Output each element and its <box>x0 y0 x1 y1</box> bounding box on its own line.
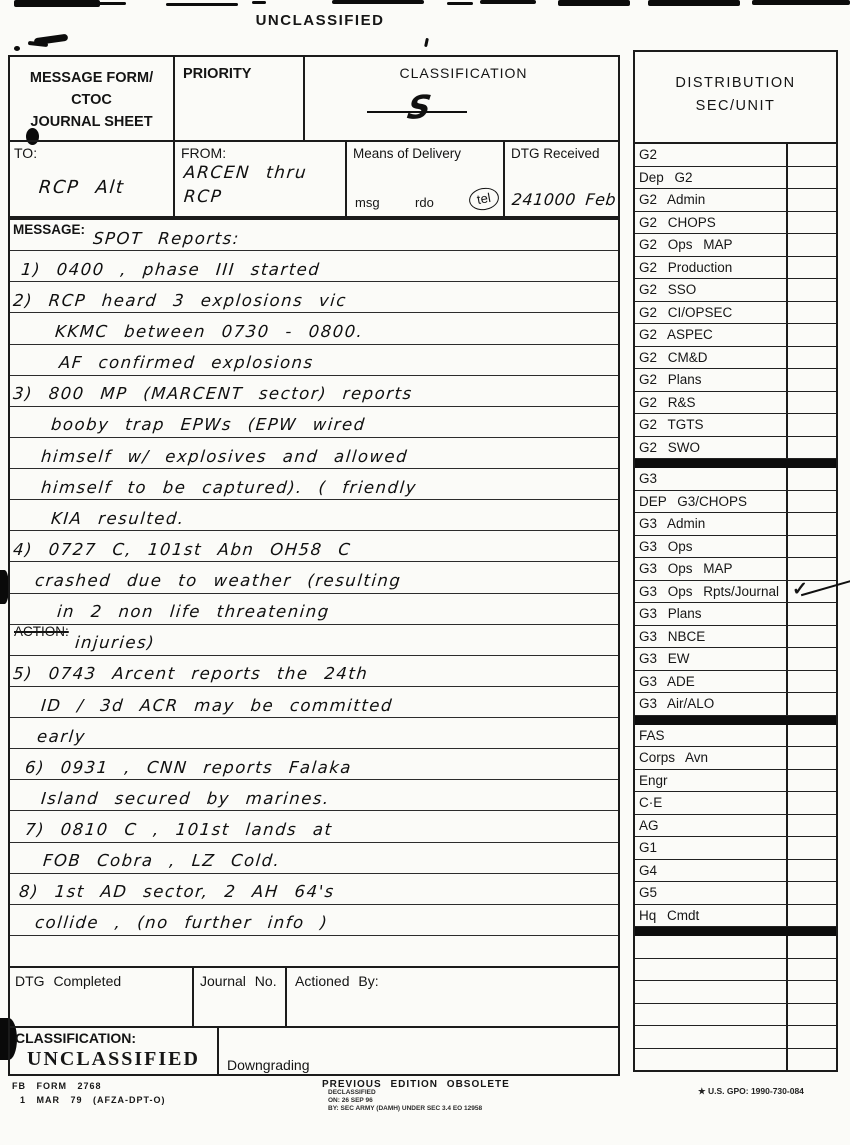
declassified-stamp-line2: ON: 26 SEP 96 <box>328 1097 510 1105</box>
distribution-row-checkbox <box>788 837 836 859</box>
message-line: injuries) <box>10 625 618 656</box>
previous-edition-block: PREVIOUS EDITION OBSOLETE DECLASSIFIED O… <box>322 1079 510 1113</box>
distribution-row: G3 Plans <box>635 603 836 626</box>
distribution-row-label: G3 NBCE <box>635 626 788 648</box>
distribution-row-label <box>635 959 788 981</box>
distribution-row-label: Hq Cmdt <box>635 905 788 927</box>
message-line: Island secured by marines. <box>10 780 618 811</box>
distribution-header-line2: SEC/UNIT <box>635 95 836 118</box>
distribution-row-checkbox <box>788 792 836 814</box>
distribution-row-label: G3 Ops Rpts/Journal <box>635 581 788 603</box>
message-line-text: 5) 0743 Arcent reports the 24th <box>10 666 369 686</box>
message-line: 2) RCP heard 3 explosions vic <box>10 282 618 313</box>
distribution-row: G3 Ops <box>635 536 836 559</box>
distribution-row-checkbox <box>788 437 836 459</box>
message-line <box>10 936 618 966</box>
distribution-row-checkbox <box>788 189 836 211</box>
distribution-row-label: C·E <box>635 792 788 814</box>
message-line-text: 6) 0931 , CNN reports Falaka <box>10 760 353 780</box>
message-line: FOB Cobra , LZ Cold. <box>10 843 618 874</box>
distribution-row-checkbox <box>788 1026 836 1048</box>
distribution-row-label: AG <box>635 815 788 837</box>
distribution-row: G3 <box>635 468 836 491</box>
from-label: FROM: <box>181 145 226 161</box>
form-title-line1: MESSAGE FORM/ <box>10 68 173 90</box>
distribution-row-checkbox <box>788 392 836 414</box>
classification-mark: S <box>405 87 435 127</box>
distribution-row: G2 Ops MAP <box>635 234 836 257</box>
distribution-row-label: G2 SWO <box>635 437 788 459</box>
message-line: himself to be captured). ( friendly <box>10 469 618 500</box>
message-line: KKMC between 0730 - 0800. <box>10 313 618 344</box>
to-label: TO: <box>14 145 37 161</box>
distribution-row-label <box>635 936 788 958</box>
message-line-text: in 2 non life threatening <box>10 604 330 624</box>
message-line: KIA resulted. <box>10 500 618 531</box>
scan-artifact <box>252 1 266 4</box>
distribution-row-checkbox <box>788 1004 836 1026</box>
classification-footer-label: CLASSIFICATION: <box>15 1030 217 1046</box>
distribution-row-label: DEP G3/CHOPS <box>635 491 788 513</box>
distribution-row: G2 Plans <box>635 369 836 392</box>
to-from-row: TO: RCP Alt FROM: ARCEN thru RCP Means o… <box>8 140 620 218</box>
ink-dot <box>424 38 429 47</box>
distribution-row: G2 SSO <box>635 279 836 302</box>
scan-artifact <box>447 2 473 5</box>
distribution-row-label: G2 CI/OPSEC <box>635 302 788 324</box>
message-line: 8) 1st AD sector, 2 AH 64's <box>10 874 618 905</box>
message-line: 5) 0743 Arcent reports the 24th <box>10 656 618 687</box>
action-label-struck: ACTION: <box>14 624 69 639</box>
message-line: 7) 0810 C , 101st lands at <box>10 811 618 842</box>
distribution-table: DISTRIBUTION SEC/UNIT G2 Dep G2 G2 Admin… <box>633 50 838 1072</box>
distribution-row-label: FAS <box>635 725 788 747</box>
message-line-text: Island secured by marines. <box>10 791 330 811</box>
distribution-row-label: G5 <box>635 882 788 904</box>
downgrading-cell: Downgrading <box>217 1028 622 1074</box>
message-line-text: booby trap EPWs (EPW wired <box>10 417 366 437</box>
distribution-row: AG <box>635 815 836 838</box>
from-cell: FROM: ARCEN thru RCP <box>173 142 345 216</box>
message-line: booby trap EPWs (EPW wired <box>10 407 618 438</box>
form-title-line3: JOURNAL SHEET <box>10 112 173 134</box>
distribution-row: G2 Production <box>635 257 836 280</box>
distribution-row: G3 ADE <box>635 671 836 694</box>
message-line-text: himself w/ explosives and allowed <box>10 449 409 469</box>
distribution-row-label: G2 Plans <box>635 369 788 391</box>
distribution-row-checkbox <box>788 626 836 648</box>
message-line-text: collide , (no further info ) <box>10 915 329 935</box>
dtg-completed-cell: DTG Completed <box>10 968 192 1026</box>
gpo-note: ★ U.S. GPO: 1990-730-084 <box>698 1086 804 1097</box>
message-line-text: 8) 1st AD sector, 2 AH 64's <box>10 884 335 904</box>
form-title-cell: MESSAGE FORM/ CTOC JOURNAL SHEET <box>10 57 173 140</box>
classification-cell: CLASSIFICATION S <box>303 57 622 140</box>
distribution-row-checkbox <box>788 234 836 256</box>
to-value: RCP Alt <box>38 177 175 198</box>
scan-artifact <box>96 2 126 5</box>
distribution-row: Engr <box>635 770 836 793</box>
classification-footer-row: CLASSIFICATION: UNCLASSIFIED Downgrading <box>8 1026 620 1076</box>
dtg-received-label: DTG Received <box>511 146 600 161</box>
message-line-text: 7) 0810 C , 101st lands at <box>10 822 333 842</box>
dtg-completed-label: DTG Completed <box>15 973 121 989</box>
distribution-row-checkbox <box>788 815 836 837</box>
message-line-text: KIA resulted. <box>10 511 185 531</box>
message-line-text: early <box>10 729 87 749</box>
distribution-row-label: G3 Plans <box>635 603 788 625</box>
distribution-row-label: G2 ASPEC <box>635 324 788 346</box>
message-line: ID / 3d ACR may be committed <box>10 687 618 718</box>
message-box: SPOT Reports: 1) 0400 , phase III starte… <box>8 218 620 968</box>
distribution-row: Dep G2 <box>635 167 836 190</box>
distribution-row-checkbox <box>788 347 836 369</box>
distribution-row: G2 <box>635 144 836 167</box>
distribution-row-label: Engr <box>635 770 788 792</box>
distribution-row <box>635 936 836 959</box>
distribution-row: G2 SWO <box>635 437 836 460</box>
distribution-row-checkbox <box>788 1049 836 1071</box>
distribution-row: G2 CI/OPSEC <box>635 302 836 325</box>
declassified-stamp-line1: DECLASSIFIED <box>328 1089 510 1097</box>
message-line: AF confirmed explosions <box>10 345 618 376</box>
form-title-line2: CTOC <box>10 90 173 112</box>
distribution-row-label: G3 Ops MAP <box>635 558 788 580</box>
message-line-text: 3) 800 MP (MARCENT sector) reports <box>10 386 413 406</box>
message-line: SPOT Reports: <box>10 220 618 251</box>
distribution-row-label <box>635 1004 788 1026</box>
form-number-line2: 1 MAR 79 (AFZA-DPT-O) <box>20 1094 166 1108</box>
scan-artifact <box>558 0 630 6</box>
downgrading-label: Downgrading <box>227 1057 310 1073</box>
distribution-row-label: G2 CM&D <box>635 347 788 369</box>
distribution-divider <box>635 927 836 936</box>
message-line-text: AF confirmed explosions <box>10 355 314 375</box>
distribution-row: G5 <box>635 882 836 905</box>
distribution-row-label: G4 <box>635 860 788 882</box>
distribution-row-label: G3 Ops <box>635 536 788 558</box>
message-line: himself w/ explosives and allowed <box>10 438 618 469</box>
scan-artifact <box>332 0 424 4</box>
scan-artifact <box>166 3 238 6</box>
distribution-row-checkbox <box>788 981 836 1003</box>
message-line: 3) 800 MP (MARCENT sector) reports <box>10 376 618 407</box>
from-value-line1: ARCEN thru <box>183 163 347 183</box>
distribution-row-label: G2 R&S <box>635 392 788 414</box>
distribution-row: G3 NBCE <box>635 626 836 649</box>
distribution-row: G3 Air/ALO <box>635 693 836 716</box>
distribution-row <box>635 981 836 1004</box>
distribution-row-label: G2 TGTS <box>635 414 788 436</box>
distribution-row-checkbox <box>788 369 836 391</box>
distribution-row-checkbox <box>788 212 836 234</box>
message-line: crashed due to weather (resulting <box>10 562 618 593</box>
message-line-text: 4) 0727 C, 101st Abn OH58 C <box>10 542 352 562</box>
distribution-row: G3 EW <box>635 648 836 671</box>
distribution-row: G1 <box>635 837 836 860</box>
journal-no-cell: Journal No. <box>192 968 285 1026</box>
distribution-row-checkbox <box>788 414 836 436</box>
distribution-row-label <box>635 981 788 1003</box>
classification-footer-value: UNCLASSIFIED <box>27 1048 217 1071</box>
page-classification-banner: UNCLASSIFIED <box>0 12 640 29</box>
distribution-row: Hq Cmdt <box>635 905 836 928</box>
distribution-row-checkbox <box>788 770 836 792</box>
to-cell: TO: RCP Alt <box>10 142 173 216</box>
message-line-text: himself to be captured). ( friendly <box>10 480 418 500</box>
distribution-row-checkbox <box>788 747 836 769</box>
distribution-row: C·E <box>635 792 836 815</box>
message-line: 1) 0400 , phase III started <box>10 251 618 282</box>
distribution-row-label: Dep G2 <box>635 167 788 189</box>
distribution-row-checkbox <box>788 671 836 693</box>
check-icon: ✓ <box>792 578 808 601</box>
distribution-row <box>635 1026 836 1049</box>
distribution-row-checkbox <box>788 491 836 513</box>
classification-label: CLASSIFICATION <box>399 65 527 81</box>
message-line-text: 1) 0400 , phase III started <box>10 262 321 282</box>
distribution-row-label <box>635 1049 788 1071</box>
scan-artifact <box>648 0 740 6</box>
ink-scribble <box>28 41 48 47</box>
message-label: MESSAGE: <box>13 222 85 237</box>
distribution-row-label: G2 SSO <box>635 279 788 301</box>
form-header-row: MESSAGE FORM/ CTOC JOURNAL SHEET PRIORIT… <box>8 55 620 142</box>
scan-artifact <box>480 0 536 4</box>
distribution-divider <box>635 716 836 725</box>
dtg-received-value: 241000 Feb <box>511 190 617 209</box>
distribution-row-checkbox <box>788 558 836 580</box>
message-line-text: FOB Cobra , LZ Cold. <box>10 853 281 873</box>
distribution-row <box>635 959 836 982</box>
ink-dot <box>14 46 20 51</box>
distribution-row: G2 CHOPS <box>635 212 836 235</box>
priority-cell: PRIORITY <box>173 57 303 140</box>
distribution-row-checkbox <box>788 882 836 904</box>
distribution-row-checkbox <box>788 513 836 535</box>
delivery-option-tel: tel <box>476 190 492 207</box>
distribution-row-label: G3 EW <box>635 648 788 670</box>
message-line-text: KKMC between 0730 - 0800. <box>10 324 364 344</box>
distribution-row-checkbox <box>788 144 836 166</box>
scan-artifact <box>752 0 850 5</box>
distribution-row-label: G2 Admin <box>635 189 788 211</box>
distribution-row: G4 <box>635 860 836 883</box>
delivery-option-rdo: rdo <box>415 195 434 210</box>
distribution-row <box>635 1004 836 1027</box>
distribution-row-checkbox <box>788 279 836 301</box>
priority-label: PRIORITY <box>183 66 251 82</box>
message-line: 4) 0727 C, 101st Abn OH58 C <box>10 531 618 562</box>
distribution-row-checkbox <box>788 860 836 882</box>
delivery-option-tel-circled: tel <box>468 186 501 213</box>
distribution-row-label: G3 Air/ALO <box>635 693 788 715</box>
distribution-row-checkbox <box>788 936 836 958</box>
distribution-row: Corps Avn <box>635 747 836 770</box>
distribution-row-checkbox <box>788 603 836 625</box>
distribution-row-checkbox <box>788 257 836 279</box>
message-line: early <box>10 718 618 749</box>
actioned-by-label: Actioned By: <box>295 973 379 989</box>
distribution-row: G2 CM&D <box>635 347 836 370</box>
message-line-text: ID / 3d ACR may be committed <box>10 698 394 718</box>
scan-artifact <box>14 0 100 7</box>
dtg-completed-row: DTG Completed Journal No. Actioned By: <box>8 966 620 1028</box>
distribution-row <box>635 1049 836 1071</box>
distribution-row-checkbox <box>788 324 836 346</box>
distribution-row-checkbox <box>788 648 836 670</box>
distribution-row-checkbox <box>788 468 836 490</box>
declassified-stamp-line3: BY: SEC ARMY (DAMH) UNDER SEC 3.4 EO 129… <box>328 1105 510 1113</box>
distribution-row-label: Corps Avn <box>635 747 788 769</box>
distribution-row-label <box>635 1026 788 1048</box>
distribution-row-label: G2 Production <box>635 257 788 279</box>
message-line: collide , (no further info ) <box>10 905 618 936</box>
delivery-option-msg: msg <box>355 195 380 210</box>
distribution-row: G2 ASPEC <box>635 324 836 347</box>
distribution-divider <box>635 459 836 468</box>
from-value-line2: RCP <box>183 187 347 207</box>
distribution-row: FAS <box>635 725 836 748</box>
form-number-block: FB FORM 2768 1 MAR 79 (AFZA-DPT-O) <box>12 1080 166 1107</box>
delivery-label: Means of Delivery <box>353 146 461 161</box>
distribution-row-label: G1 <box>635 837 788 859</box>
distribution-row-label: G3 <box>635 468 788 490</box>
distribution-row-checkbox <box>788 167 836 189</box>
distribution-row-checkbox <box>788 536 836 558</box>
distribution-row-checkbox <box>788 693 836 715</box>
distribution-row: G2 TGTS <box>635 414 836 437</box>
distribution-row-label: G2 CHOPS <box>635 212 788 234</box>
message-line: in 2 non life threatening <box>10 594 618 625</box>
distribution-row-checkbox <box>788 959 836 981</box>
distribution-row-checkbox <box>788 302 836 324</box>
classification-footer-cell: CLASSIFICATION: UNCLASSIFIED <box>10 1028 217 1074</box>
form-number-line1: FB FORM 2768 <box>12 1080 166 1094</box>
delivery-cell: Means of Delivery msg rdo tel <box>345 142 503 216</box>
message-lines: SPOT Reports: 1) 0400 , phase III starte… <box>10 220 618 966</box>
distribution-row: G2 R&S <box>635 392 836 415</box>
actioned-by-cell: Actioned By: <box>285 968 622 1026</box>
distribution-header: DISTRIBUTION SEC/UNIT <box>635 52 836 144</box>
distribution-row-label: G2 <box>635 144 788 166</box>
distribution-row: DEP G3/CHOPS <box>635 491 836 514</box>
distribution-row: G3 Admin <box>635 513 836 536</box>
message-line-text: crashed due to weather (resulting <box>10 573 402 593</box>
message-line-text: 2) RCP heard 3 explosions vic <box>10 293 348 313</box>
journal-no-label: Journal No. <box>200 973 277 989</box>
message-line: 6) 0931 , CNN reports Falaka <box>10 749 618 780</box>
distribution-row: G2 Admin <box>635 189 836 212</box>
distribution-row-checkbox <box>788 905 836 927</box>
distribution-row-checkbox <box>788 725 836 747</box>
distribution-row-label: G2 Ops MAP <box>635 234 788 256</box>
distribution-row-label: G3 Admin <box>635 513 788 535</box>
dtg-received-cell: DTG Received 241000 Feb <box>503 142 622 216</box>
distribution-row-label: G3 ADE <box>635 671 788 693</box>
distribution-header-line1: DISTRIBUTION <box>635 72 836 95</box>
